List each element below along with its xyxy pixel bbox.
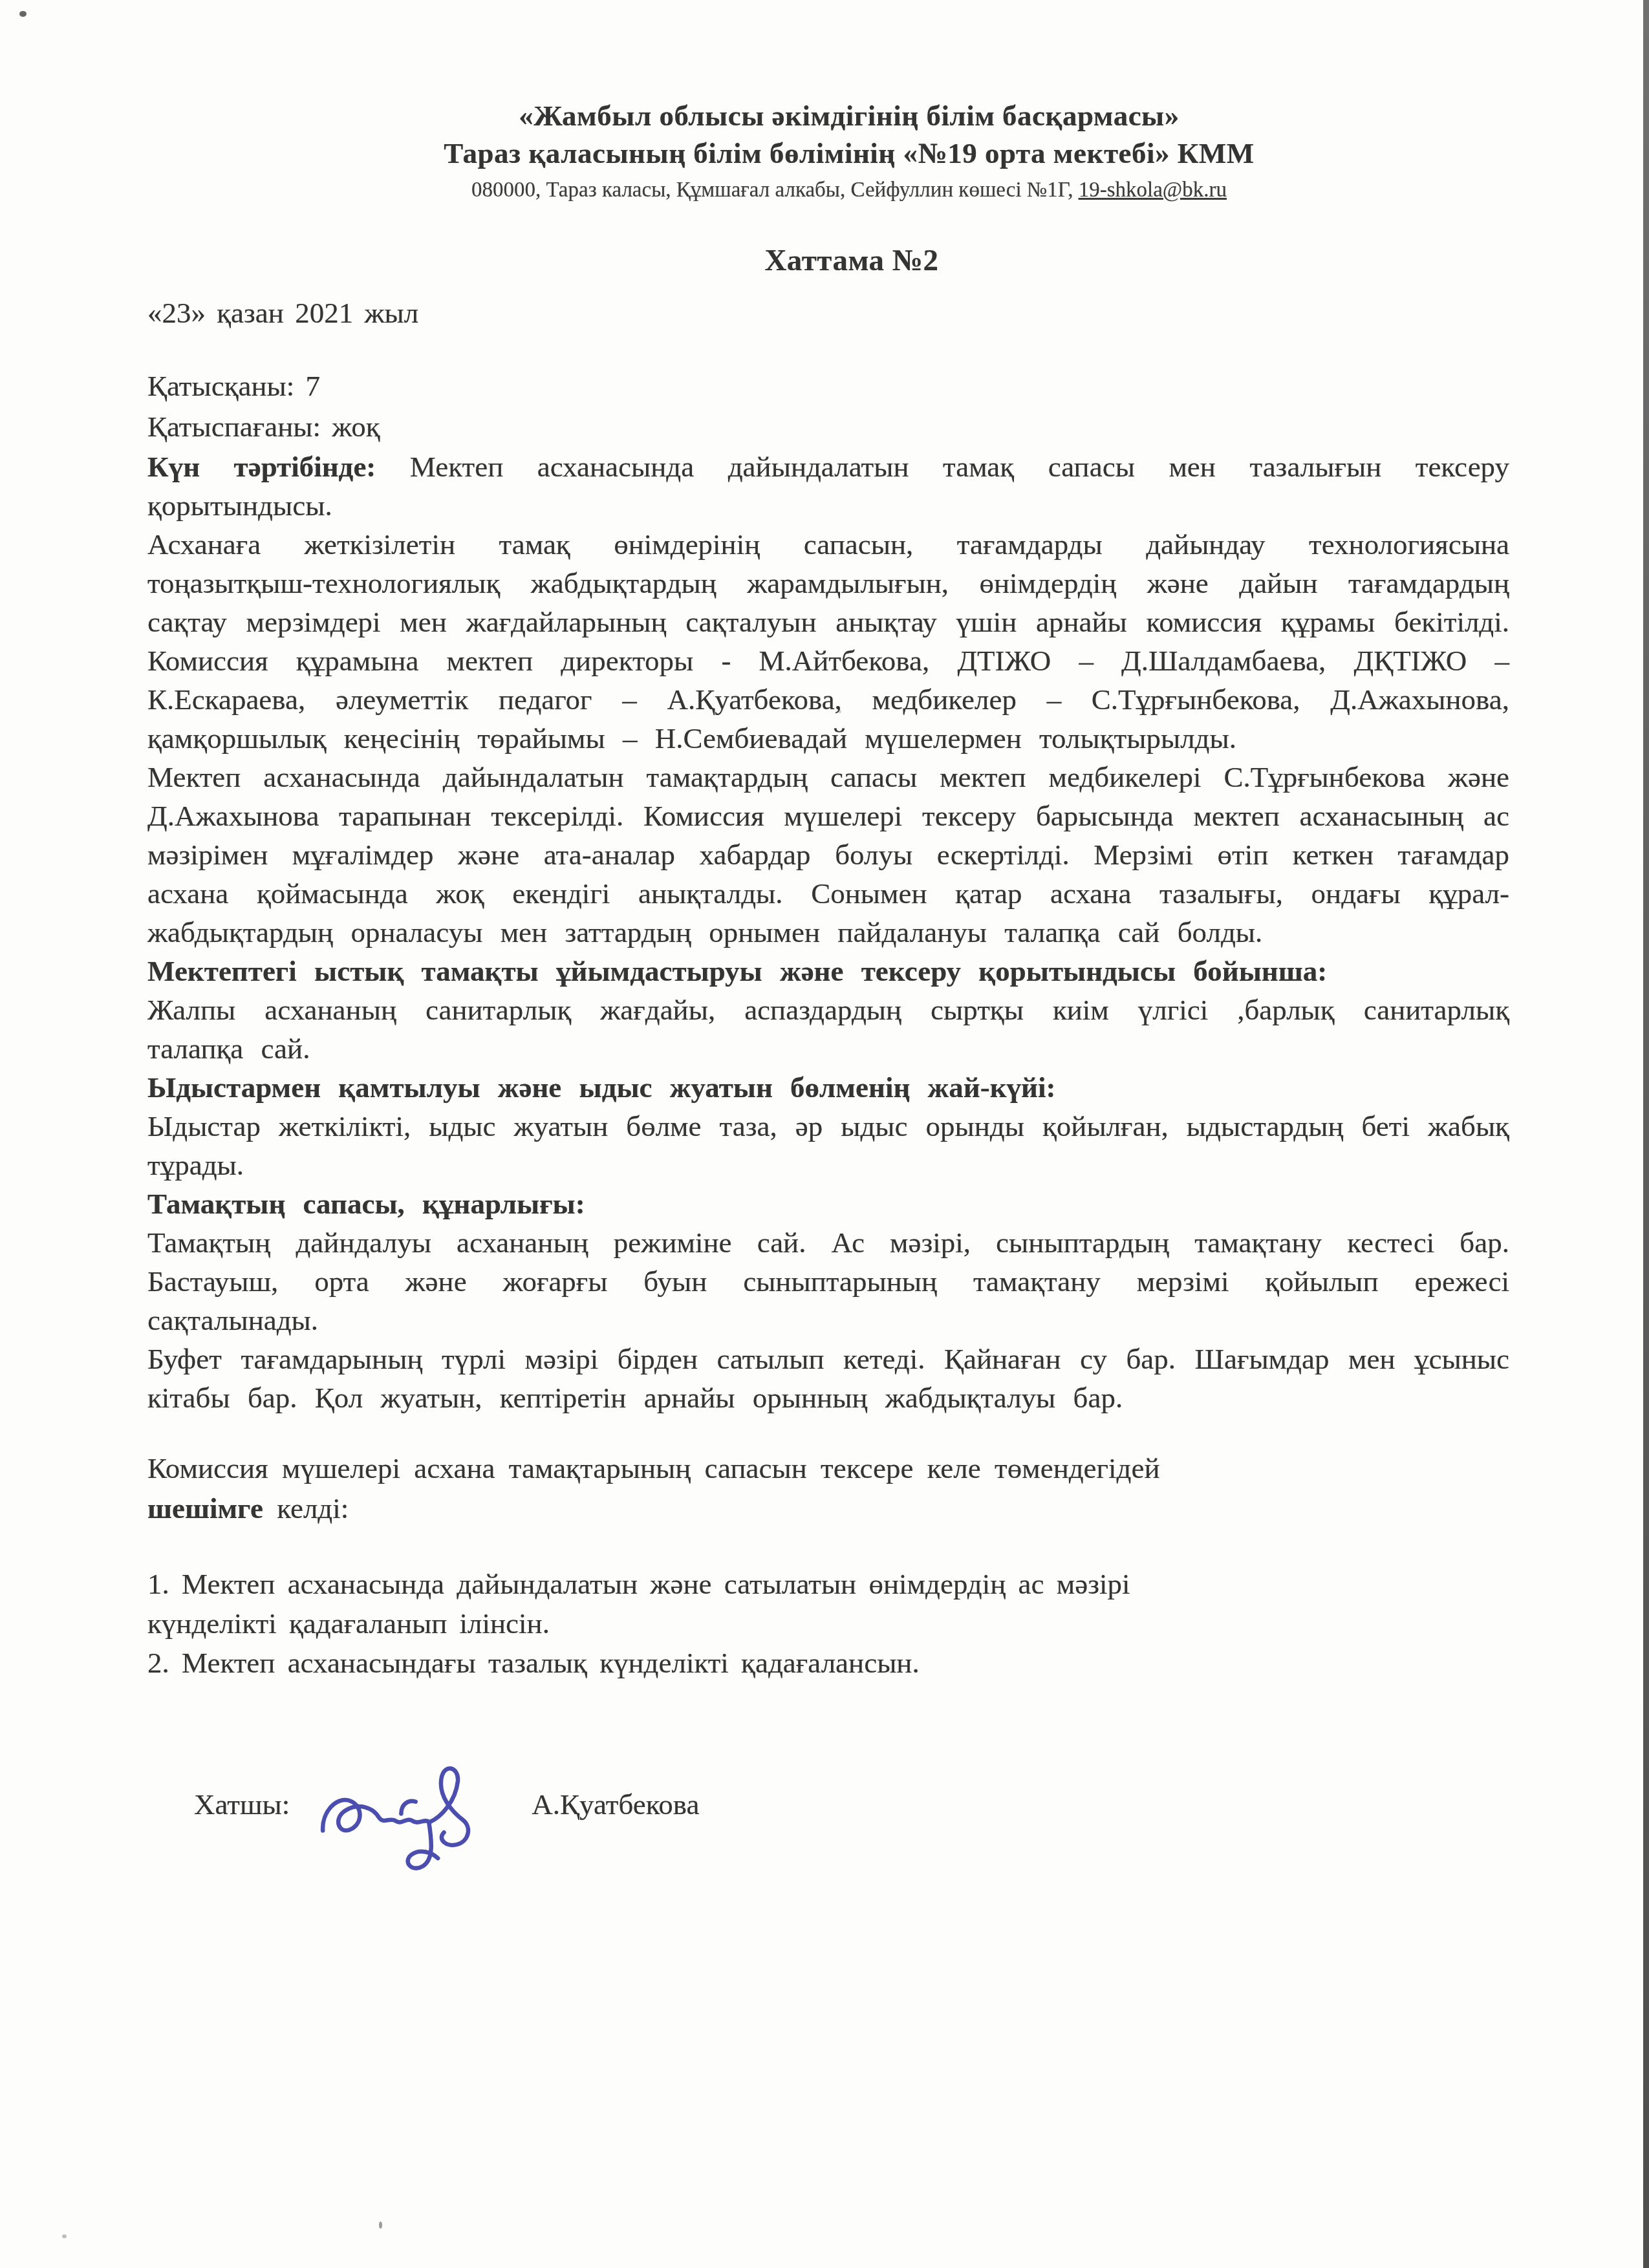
agenda-paragraph: Күн тәртібінде: Мектеп асханасында дайын… xyxy=(147,447,1509,525)
present-value: 7 xyxy=(306,370,321,402)
quality-heading: Тамақтың сапасы, құнарлығы: xyxy=(147,1184,1509,1223)
commission-paragraph: Асханаға жеткізілетін тамақ өнімдерінің … xyxy=(147,525,1509,758)
present-label: Қатысқаны: xyxy=(147,370,294,402)
absent-label: Қатыспағаны: xyxy=(147,411,321,443)
secretary-label: Хатшы: xyxy=(194,1785,290,1824)
conclusion-line1: Комиссия мүшелері асхана тамақтарының са… xyxy=(147,1448,1509,1488)
decision-item-1-line1: 1. Мектеп асханасында дайындалатын және … xyxy=(147,1565,1509,1604)
decision-item-1-line2: күнделікті қадағаланып ілінсін. xyxy=(147,1604,1509,1643)
dishes-text: Ыдыстар жеткілікті, ыдыс жуатын бөлме та… xyxy=(147,1107,1509,1184)
document-title: Хаттама №2 xyxy=(171,242,1533,279)
letterhead: «Жамбыл облысы әкімдігінің білім басқарм… xyxy=(168,0,1530,204)
attendance-absent: Қатыспағаны: жоқ xyxy=(147,407,1509,447)
scan-edge-artifact xyxy=(1643,0,1649,2268)
letterhead-address: 080000, Тараз каласы, Құмшағал алкабы, С… xyxy=(168,176,1530,204)
secretary-name: А.Қуатбекова xyxy=(532,1785,699,1824)
scan-speck xyxy=(62,2234,67,2238)
conclusion-line2: шешімге келді: xyxy=(147,1488,1509,1528)
letterhead-email: 19-shkola@bk.ru xyxy=(1079,178,1227,202)
agenda-label: Күн тәртібінде: xyxy=(147,451,376,483)
hot-meal-text: Жалпы асхананың санитарлық жағдайы, аспа… xyxy=(147,990,1509,1068)
attendance-block: Қатысқаны: 7 Қатыспағаны: жоқ xyxy=(147,366,1509,447)
absent-value: жоқ xyxy=(332,411,380,443)
decision-item-2: 2. Мектеп асханасындағы тазалық күнделік… xyxy=(147,1643,1509,1683)
signature-row: Хатшы: А.Қуатбекова xyxy=(147,1780,1509,1828)
scanned-protocol-document: «Жамбыл облысы әкімдігінің білім басқарм… xyxy=(0,0,1649,2268)
conclusion-bold-word: шешімге xyxy=(147,1492,263,1524)
inspection-paragraph: Мектеп асханасында дайындалатын тамақтар… xyxy=(147,758,1509,952)
document-body: «Жамбыл облысы әкімдігінің білім басқарм… xyxy=(147,0,1509,1828)
letterhead-school-line: Тараз қаласының білім бөлімінің «№19 орт… xyxy=(168,134,1530,172)
address-text: 080000, Тараз каласы, Құмшағал алкабы, С… xyxy=(471,178,1073,202)
decisions-list: 1. Мектеп асханасында дайындалатын және … xyxy=(147,1565,1509,1683)
conclusion-rest: келді: xyxy=(263,1492,349,1524)
letterhead-region-line: «Жамбыл облысы әкімдігінің білім басқарм… xyxy=(168,97,1530,134)
hot-meal-heading: Мектептегі ыстық тамақты ұйымдастыруы жә… xyxy=(147,952,1509,990)
scan-speck xyxy=(19,11,27,17)
scan-speck xyxy=(379,2221,382,2229)
dishes-heading: Ыдыстармен қамтылуы және ыдыс жуатын бөл… xyxy=(147,1068,1509,1107)
buffet-paragraph: Буфет тағамдарының түрлі мәзірі бірден с… xyxy=(147,1340,1509,1417)
handwritten-signature xyxy=(307,1746,520,1879)
conclusion-block: Комиссия мүшелері асхана тамақтарының са… xyxy=(147,1448,1509,1528)
quality-text: Тамақтың дайндалуы асхананың режиміне са… xyxy=(147,1223,1509,1340)
document-date: «23» қазан 2021 жыл xyxy=(147,294,1509,332)
attendance-present: Қатысқаны: 7 xyxy=(147,366,1509,407)
